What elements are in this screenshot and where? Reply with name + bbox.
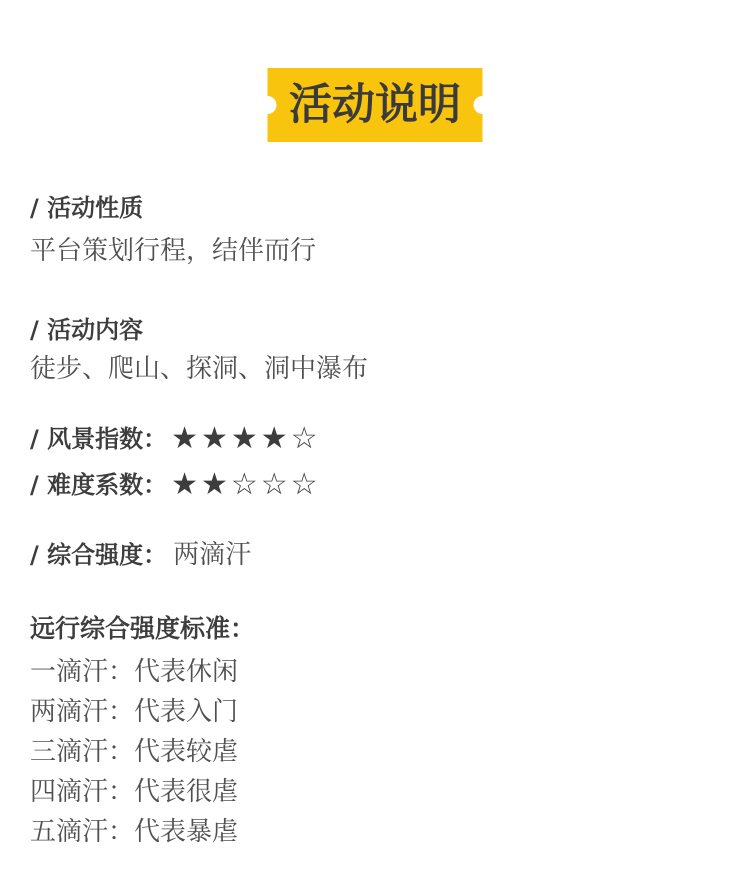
intensity-standard-item-4: 四滴汗：代表很虐	[30, 772, 238, 812]
overall-intensity-label: / 综合强度：	[30, 541, 167, 570]
intensity-standard-item-5: 五滴汗：代表暴虐	[30, 812, 238, 852]
intensity-standard-item-3: 三滴汗：代表较虐	[30, 732, 238, 772]
section-heading-activity-nature: / 活动性质	[30, 194, 143, 223]
intensity-standards-list: 一滴汗：代表休闲 两滴汗：代表入门 三滴汗：代表较虐 四滴汗：代表很虐 五滴汗：…	[30, 652, 238, 852]
difficulty-rating-label: / 难度系数：	[30, 471, 167, 500]
section-body-activity-content: 徒步、爬山、探洞、洞中瀑布	[30, 354, 368, 385]
section-body-activity-nature: 平台策划行程，结伴而行	[30, 236, 316, 267]
ticket-notch-left	[259, 96, 277, 114]
scenery-rating-row: / 风景指数： ★★★★☆	[30, 424, 321, 454]
overall-intensity-value: 两滴汗	[173, 540, 251, 571]
page-title: 活动说明	[289, 84, 461, 127]
ticket-notch-right	[474, 96, 492, 114]
intensity-standards-heading: 远行综合强度标准：	[30, 614, 255, 644]
difficulty-rating-row: / 难度系数： ★★☆☆☆	[30, 470, 321, 500]
scenery-rating-stars-icon: ★★★★☆	[171, 424, 320, 454]
overall-intensity-row: / 综合强度： 两滴汗	[30, 540, 251, 571]
section-heading-activity-content: / 活动内容	[30, 316, 143, 345]
activity-description-page: 活动说明 / 活动性质 平台策划行程，结伴而行 / 活动内容 徒步、爬山、探洞、…	[0, 0, 750, 872]
intensity-standard-item-2: 两滴汗：代表入门	[30, 692, 238, 732]
difficulty-rating-stars-icon: ★★☆☆☆	[171, 470, 320, 500]
ticket-badge: 活动说明	[268, 68, 483, 142]
intensity-standard-item-1: 一滴汗：代表休闲	[30, 652, 238, 692]
scenery-rating-label: / 风景指数：	[30, 425, 167, 454]
